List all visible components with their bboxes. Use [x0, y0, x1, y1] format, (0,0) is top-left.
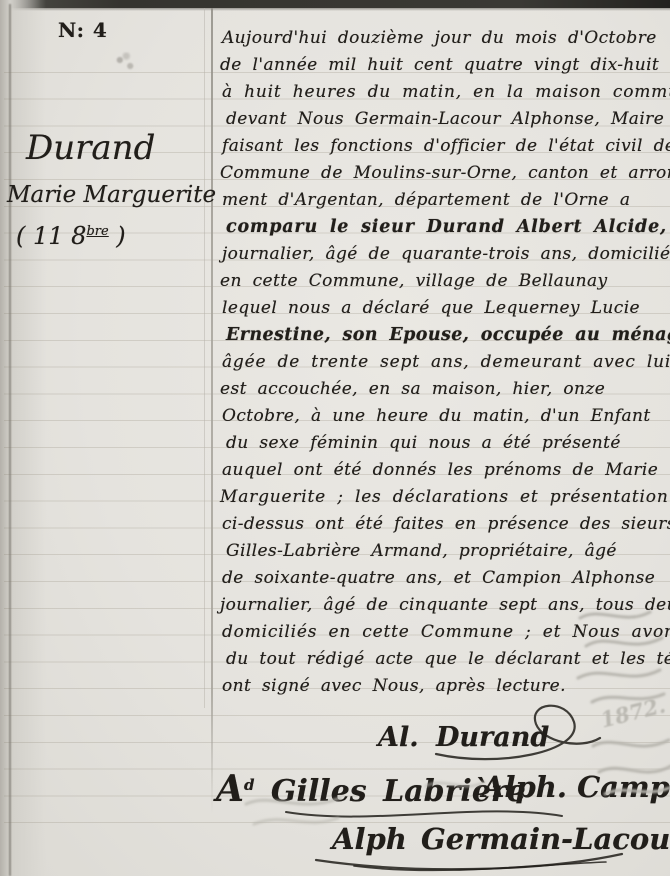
body-line: Commune de Moulins-sur-Orne, canton et a…	[220, 160, 670, 187]
body-line: Aujourd'hui douzième jour du mois d'Octo…	[222, 25, 670, 52]
body-line: Octobre, à une heure du matin, d'un Enfa…	[222, 403, 670, 430]
body-line: en cette Commune, village de Bellaunay	[220, 268, 670, 295]
body-line: auquel ont été donnés les prénoms de Mar…	[222, 457, 670, 484]
signature-witness-campion: Alph. Campion	[482, 770, 670, 804]
act-body-text: Aujourd'hui douzième jour du mois d'Octo…	[222, 25, 670, 700]
body-line-mother-name: Ernestine, son Epouse, occupée au ménage…	[226, 322, 670, 349]
margin-date-close: )	[109, 222, 126, 250]
body-line: du tout rédigé acte que le déclarant et …	[226, 646, 670, 673]
margin-date-note: ( 11 8bre )	[16, 222, 126, 250]
body-line: journalier, âgé de cinquante sept ans, t…	[220, 592, 670, 619]
margin-date-superscript: bre	[86, 224, 108, 239]
body-line: domiciliés en cette Commune ; et Nous av…	[222, 619, 670, 646]
body-line: lequel nous a déclaré que Lequerney Luci…	[222, 295, 670, 322]
body-line: du sexe féminin qui nous a été présenté	[226, 430, 670, 457]
body-line-child-name: Marguerite ; les déclarations et présent…	[220, 484, 670, 511]
margin-separator-line	[211, 8, 213, 814]
signature-declarant-durand: Al. Durand	[378, 722, 549, 753]
body-line: de soixante-quatre ans, et Campion Alpho…	[222, 565, 670, 592]
body-line-witness-name: Gilles-Labrière Armand, propriétaire, âg…	[226, 538, 670, 565]
witness-initial: A	[216, 768, 244, 810]
body-line: de l'année mil huit cent quatre vingt di…	[220, 52, 670, 79]
margin-column: N: 4 Durand Marie Marguerite ( 11 8bre )	[0, 0, 210, 876]
body-line: est accouchée, en sa maison, hier, onze	[220, 376, 670, 403]
body-line: âgée de trente sept ans, demeurant avec …	[222, 349, 670, 376]
signature-officer-germain-lacour: Alph Germain-Lacour	[332, 822, 670, 856]
scanned-register-page: N: 4 Durand Marie Marguerite ( 11 8bre )…	[0, 0, 670, 876]
body-line: à huit heures du matin, en la maison com…	[222, 79, 670, 106]
margin-date-open: ( 11 8	[16, 222, 86, 250]
body-line: ci-dessus ont été faites en présence des…	[222, 511, 670, 538]
body-line-declarant-name: comparu le sieur Durand Albert Alcide,	[226, 214, 670, 241]
margin-surname-durand: Durand	[26, 128, 155, 168]
body-line: faisant les fonctions d'officier de l'ét…	[222, 133, 670, 160]
body-line: devant Nous Germain-Lacour Alphonse, Mai…	[226, 106, 670, 133]
body-line: ont signé avec Nous, après lecture.	[222, 673, 670, 700]
body-line: journalier, âgé de quarante-trois ans, d…	[222, 241, 670, 268]
act-number: N: 4	[58, 18, 108, 42]
margin-given-names: Marie Marguerite	[7, 182, 216, 208]
signature-witness-gilles-labriere: Ad Gilles Labrière	[216, 768, 526, 810]
witness-initial-superscript: d	[244, 776, 255, 794]
body-line: ment d'Argentan, département de l'Orne a	[222, 187, 670, 214]
